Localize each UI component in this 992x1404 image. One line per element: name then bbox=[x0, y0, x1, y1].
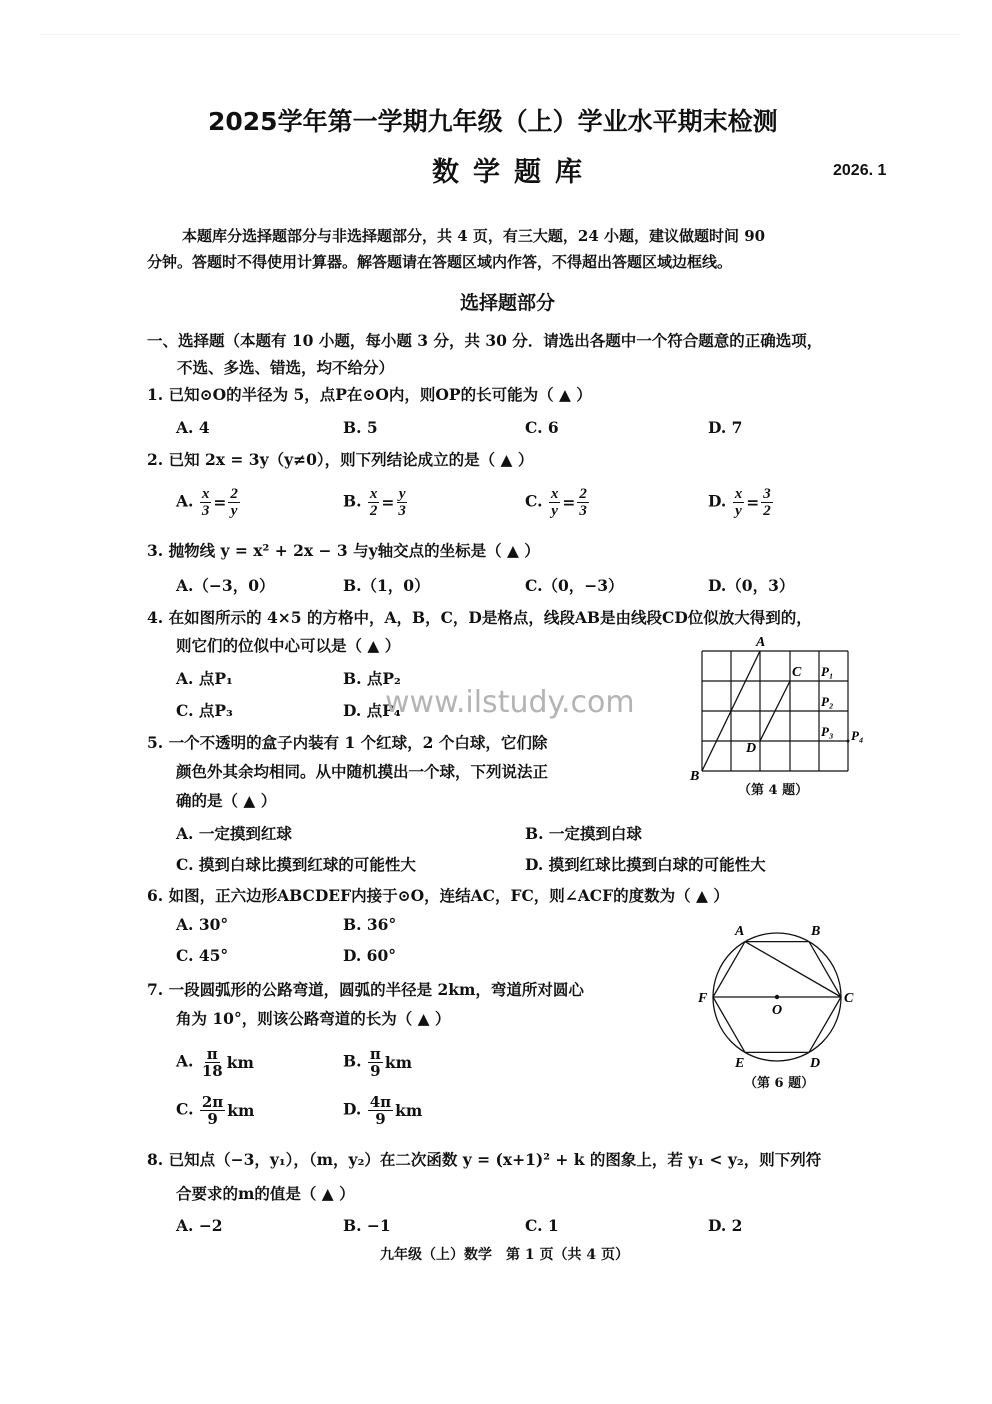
watermark: www.ilstudy.com bbox=[385, 685, 635, 720]
q6-option-c[interactable]: C. 45° bbox=[176, 946, 228, 965]
q5-option-b[interactable]: B. 一定摸到白球 bbox=[525, 822, 642, 844]
vertex-d-label: D bbox=[809, 1056, 820, 1071]
q2-option-a[interactable]: A. x3=2y bbox=[176, 486, 241, 519]
fraction: x3 bbox=[200, 486, 212, 519]
question-5-stem-line-2: 颜色外其余均相同。从中随机摸出一个球，下列说法正 bbox=[176, 758, 548, 786]
exam-title: 2025学年第一学期九年级（上）学业水平期末检测 bbox=[208, 102, 778, 138]
q8-option-d[interactable]: D. 2 bbox=[708, 1216, 742, 1235]
fraction: 23 bbox=[577, 486, 589, 519]
vertex-a-label: A bbox=[734, 924, 744, 939]
section-title: 选择题部分 bbox=[460, 288, 555, 315]
q3-option-b[interactable]: B.（1，0） bbox=[343, 574, 430, 596]
fraction: π18 bbox=[200, 1046, 225, 1079]
point-p4-label: P₄ bbox=[851, 728, 863, 743]
q3-option-d[interactable]: D.（0，3） bbox=[708, 574, 794, 596]
point-b-label: B bbox=[690, 769, 699, 780]
vertex-c-label: C bbox=[844, 991, 854, 1006]
fraction: xy bbox=[549, 486, 561, 519]
question-stem: 抛物线 y = x² + 2x − 3 与y轴交点的坐标是（ ▲ ） bbox=[169, 541, 540, 560]
question-stem-line-1: 已知点（−3，y₁），（m，y₂）在二次函数 y = (x+1)² + k 的图… bbox=[169, 1150, 822, 1169]
vertex-f-label: F bbox=[697, 991, 708, 1006]
question-stem-line-1: 一段圆弧形的公路弯道，圆弧的半径是 2km，弯道所对圆心 bbox=[169, 980, 584, 999]
question-number: 7. bbox=[147, 980, 163, 999]
q3-option-c[interactable]: C.（0，−3） bbox=[525, 574, 624, 596]
question-stem: 已知 2x = 3y（y≠0），则下列结论成立的是（ ▲ ） bbox=[169, 450, 534, 469]
question-number: 5. bbox=[147, 733, 163, 752]
q7-option-b[interactable]: B. π9km bbox=[343, 1046, 413, 1079]
question-5: 5. 一个不透明的盒子内装有 1 个红球，2 个白球，它们除 bbox=[147, 729, 547, 757]
fraction: 4π9 bbox=[368, 1094, 393, 1127]
question-stem-line-1: 一个不透明的盒子内装有 1 个红球，2 个白球，它们除 bbox=[169, 733, 548, 752]
q5-option-c[interactable]: C. 摸到白球比摸到红球的可能性大 bbox=[176, 853, 416, 875]
question-4: 4. 在如图所示的 4×5 的方格中，A，B，C，D是格点，线段AB是由线段CD… bbox=[147, 604, 812, 632]
intro-line-2: 分钟。答题时不得使用计算器。解答题请在答题区域内作答，不得超出答题区域边框线。 bbox=[147, 249, 732, 275]
q6-option-d[interactable]: D. 60° bbox=[343, 946, 396, 965]
part-heading-line-1: 一、选择题（本题有 10 小题，每小题 3 分，共 30 分．请选出各题中一个符… bbox=[147, 327, 822, 355]
question-number: 2. bbox=[147, 450, 163, 469]
fraction: 2π9 bbox=[200, 1094, 225, 1127]
point-p3-label: P₃ bbox=[821, 724, 833, 739]
q5-option-a[interactable]: A. 一定摸到红球 bbox=[176, 822, 292, 844]
q3-option-a[interactable]: A.（−3，0） bbox=[176, 574, 274, 596]
q1-option-d[interactable]: D. 7 bbox=[708, 418, 742, 437]
q4-figure-caption: （第 4 题） bbox=[738, 779, 808, 798]
q2-option-d[interactable]: D. xy=32 bbox=[708, 486, 774, 519]
part-heading-line-2: 不选、多选、错选，均不给分） bbox=[177, 354, 394, 382]
fraction: 2y bbox=[228, 486, 240, 519]
fraction: xy bbox=[733, 486, 745, 519]
q4-option-a[interactable]: A. 点P₁ bbox=[176, 667, 233, 689]
fraction: π9 bbox=[368, 1046, 383, 1079]
vertex-b-label: B bbox=[810, 924, 820, 939]
question-number: 4. bbox=[147, 608, 163, 627]
fraction: x2 bbox=[368, 486, 380, 519]
point-p1-label: P₁ bbox=[821, 664, 833, 679]
question-2: 2. 已知 2x = 3y（y≠0），则下列结论成立的是（ ▲ ） bbox=[147, 446, 533, 474]
point-a-label: A bbox=[755, 635, 765, 650]
q4-grid-figure: A B C D P₁ P₂ P₃ P₄ bbox=[690, 630, 890, 780]
question-5-stem-line-3: 确的是（ ▲ ） bbox=[176, 787, 276, 815]
q6-hexagon-figure: A B C D E F O bbox=[690, 915, 870, 1085]
exam-date: 2026. 1 bbox=[833, 162, 886, 180]
question-8-stem-line-2: 合要求的m的值是（ ▲ ） bbox=[176, 1180, 355, 1208]
q2-option-c[interactable]: C. xy=23 bbox=[525, 486, 590, 519]
fraction: 32 bbox=[761, 486, 773, 519]
q7-option-d[interactable]: D. 4π9km bbox=[343, 1094, 423, 1127]
question-stem: 如图，正六边形ABCDEF内接于⊙O，连结AC，FC，则∠ACF的度数为（ ▲ … bbox=[169, 886, 729, 905]
vertex-e-label: E bbox=[734, 1056, 744, 1071]
q8-option-c[interactable]: C. 1 bbox=[525, 1216, 559, 1235]
q2-option-b[interactable]: B. x2=y3 bbox=[343, 486, 409, 519]
q5-option-d[interactable]: D. 摸到红球比摸到白球的可能性大 bbox=[525, 853, 766, 875]
scan-edge-line bbox=[40, 34, 960, 35]
question-stem-line-1: 在如图所示的 4×5 的方格中，A，B，C，D是格点，线段AB是由线段CD位似放… bbox=[169, 608, 812, 627]
question-stem: 已知⊙O的半径为 5，点P在⊙O内，则OP的长可能为（ ▲ ） bbox=[169, 385, 592, 404]
fraction: y3 bbox=[396, 486, 408, 519]
q1-option-c[interactable]: C. 6 bbox=[525, 418, 559, 437]
question-4-stem-line-2: 则它们的位似中心可以是（ ▲ ） bbox=[176, 632, 400, 660]
intro-line-1: 本题库分选择题部分与非选择题部分，共 4 页，有三大题，24 小题，建议做题时间… bbox=[182, 223, 765, 249]
question-number: 6. bbox=[147, 886, 163, 905]
center-o-label: O bbox=[772, 1003, 782, 1018]
question-8: 8. 已知点（−3，y₁），（m，y₂）在二次函数 y = (x+1)² + k… bbox=[147, 1146, 821, 1174]
point-p2-label: P₂ bbox=[821, 694, 833, 709]
q1-option-b[interactable]: B. 5 bbox=[343, 418, 378, 437]
point-c-label: C bbox=[792, 665, 802, 680]
q7-option-c[interactable]: C. 2π9km bbox=[176, 1094, 255, 1127]
q1-option-a[interactable]: A. 4 bbox=[176, 418, 210, 437]
q7-option-a[interactable]: A. π18km bbox=[176, 1046, 255, 1079]
q6-figure-caption: （第 6 题） bbox=[744, 1072, 814, 1091]
question-3: 3. 抛物线 y = x² + 2x − 3 与y轴交点的坐标是（ ▲ ） bbox=[147, 537, 540, 565]
question-6: 6. 如图，正六边形ABCDEF内接于⊙O，连结AC，FC，则∠ACF的度数为（… bbox=[147, 882, 729, 910]
question-number: 3. bbox=[147, 541, 163, 560]
q8-option-a[interactable]: A. −2 bbox=[176, 1216, 223, 1235]
question-number: 1. bbox=[147, 385, 163, 404]
q6-option-a[interactable]: A. 30° bbox=[176, 915, 228, 934]
exam-subtitle: 数学题库 bbox=[432, 150, 596, 189]
q4-option-c[interactable]: C. 点P₃ bbox=[176, 699, 233, 721]
question-1: 1. 已知⊙O的半径为 5，点P在⊙O内，则OP的长可能为（ ▲ ） bbox=[147, 381, 592, 409]
question-7: 7. 一段圆弧形的公路弯道，圆弧的半径是 2km，弯道所对圆心 bbox=[147, 976, 584, 1004]
question-number: 8. bbox=[147, 1150, 163, 1169]
q6-option-b[interactable]: B. 36° bbox=[343, 915, 396, 934]
question-7-stem-line-2: 角为 10°，则该公路弯道的长为（ ▲ ） bbox=[176, 1005, 450, 1033]
page-footer: 九年级（上）数学 第 1 页（共 4 页） bbox=[380, 1244, 629, 1264]
q8-option-b[interactable]: B. −1 bbox=[343, 1216, 391, 1235]
point-d-label: D bbox=[745, 741, 756, 756]
